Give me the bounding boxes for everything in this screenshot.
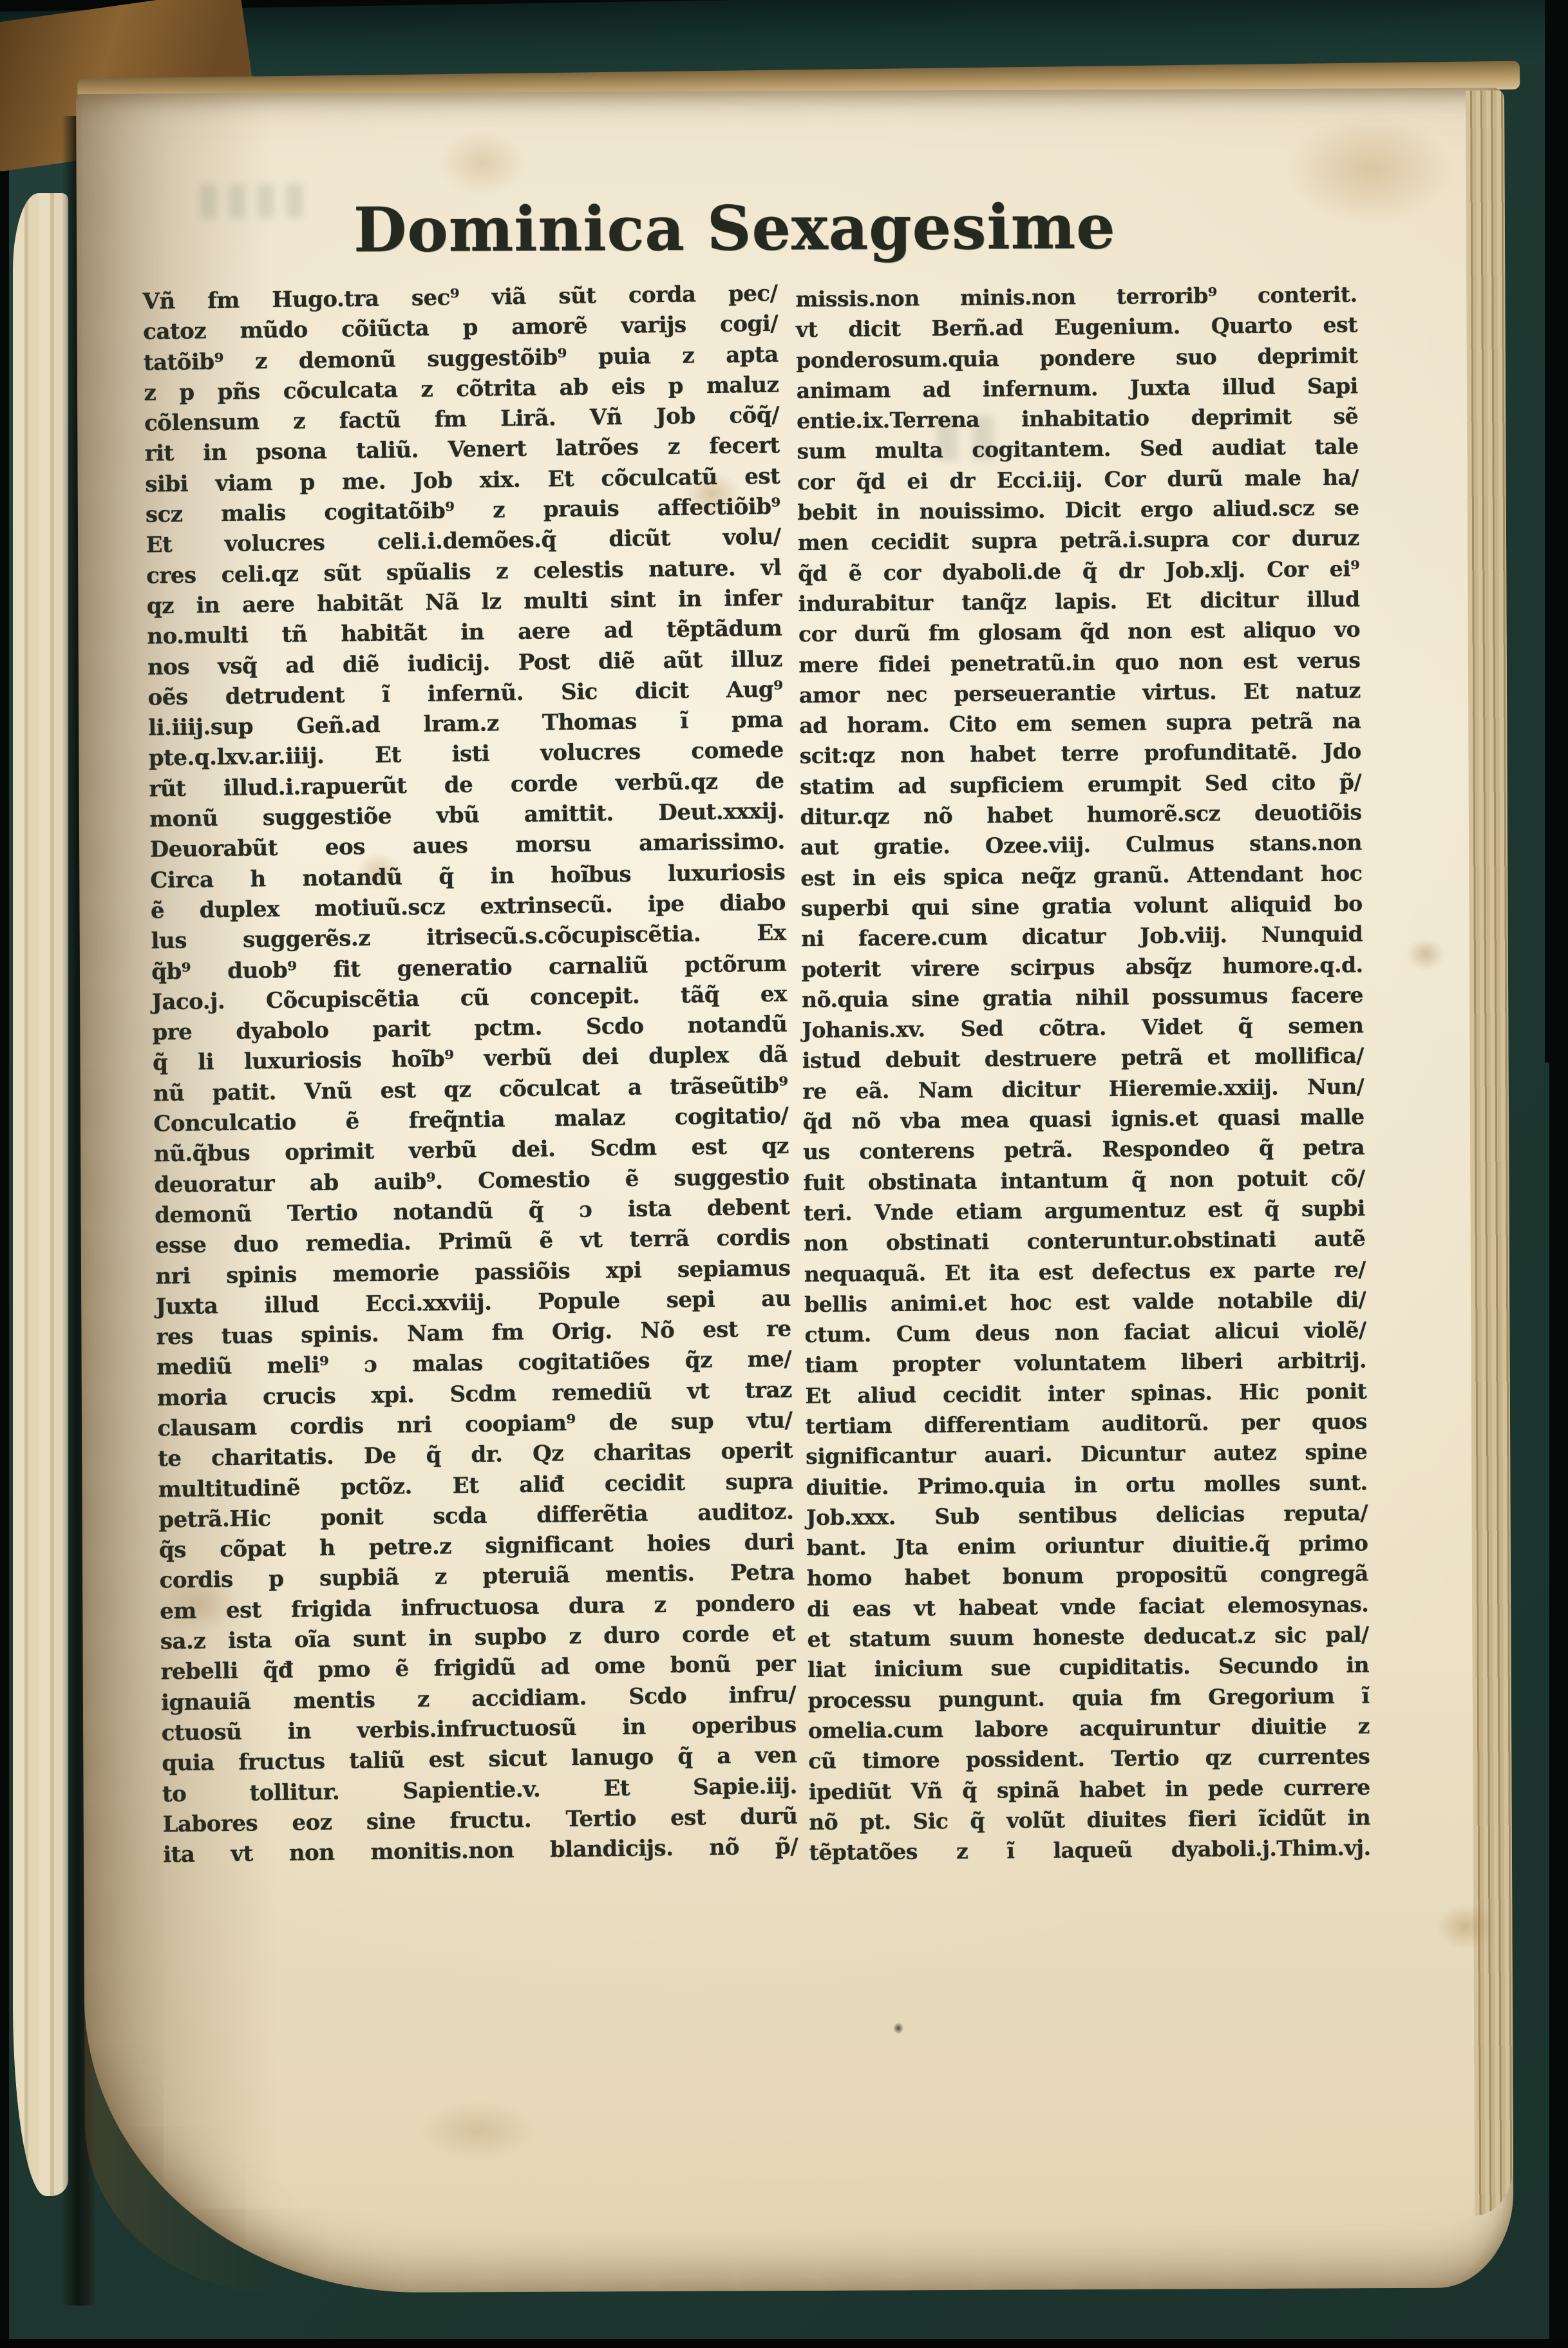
text-line: men cecidit supra petrã.i.supra cor duru… xyxy=(798,523,1359,558)
frame-edge-bottom xyxy=(0,2339,1568,2348)
text-line: q̃d nõ vba mea quasi ignis.et quasi mall… xyxy=(802,1101,1364,1137)
text-line: q̃d ẽ cor dyaboli.de q̃ dr Job.xlj. Cor … xyxy=(798,553,1359,589)
text-line: poterit virere scirpus absq̃z humore.q.d… xyxy=(801,949,1363,985)
scanned-book-photo: ▮▮▮▮ ▮▮ Dominica Sexagesime Vñ fm Hugo.t… xyxy=(0,0,1568,2348)
text-line: significantur auari. Dicuntur autez spin… xyxy=(806,1437,1367,1472)
text-line: aut gratie. Ozee.viij. Culmus stans.non xyxy=(800,828,1362,863)
text-line: tertiam differentiam auditorũ. per quos xyxy=(806,1406,1367,1441)
text-line: nõ pt. Sic q̃ volũt diuites fieri ĩcidũt… xyxy=(809,1802,1370,1837)
text-line: ponderosum.quia pondere suo deprimit xyxy=(796,340,1357,375)
text-line: di eas vt habeat vnde faciat elemosynas. xyxy=(807,1589,1368,1624)
text-line: ipediũt Vñ q̃ spinã habet in pede currer… xyxy=(809,1772,1370,1807)
text-line: sum multa cogitantem. Sed audiat tale xyxy=(797,431,1358,467)
text-line: omelia.cum labore acquiruntur diuitie z xyxy=(808,1710,1370,1746)
text-line: Et aliud cecidit inter spinas. Hic ponit xyxy=(805,1376,1366,1411)
text-line: Johanis.xv. Sed cõtra. Videt q̃ semen xyxy=(802,1010,1363,1046)
stain xyxy=(1406,938,1445,970)
text-line: fuit obstinata intantum q̃ non potuit cõ… xyxy=(803,1162,1365,1198)
text-line: bellis animi.et hoc est valde notabile d… xyxy=(804,1284,1366,1320)
text-column-left: Vñ fm Hugo.tra sec⁹ viã sũt corda pec/ca… xyxy=(142,279,798,1871)
text-line: cor q̃d ei dr Ecci.iij. Cor durũ male ha… xyxy=(797,462,1359,497)
fly-speck xyxy=(893,2022,903,2034)
text-line: cũ timore possident. Tertio qz currentes xyxy=(808,1741,1370,1777)
text-line: scit:qz non habet terre profunditatẽ. Jd… xyxy=(799,736,1361,772)
text-line: statim ad supficiem erumpit Sed cito p̃/ xyxy=(800,766,1361,802)
text-line: indurabitur tanq̃z lapis. Et dicitur ill… xyxy=(798,583,1359,619)
text-line: animam ad infernum. Juxta illud Sapi xyxy=(797,370,1358,406)
text-line: bant. Jta enim oriuntur diuitie.q̃ primo xyxy=(806,1528,1368,1564)
book-page: ▮▮▮▮ ▮▮ Dominica Sexagesime Vñ fm Hugo.t… xyxy=(76,88,1514,2294)
text-line: istud debuit destruere petrã et mollific… xyxy=(802,1041,1364,1076)
text-line: vt dicit Berñ.ad Eugenium. Quarto est xyxy=(796,310,1357,345)
left-page-stack-edge xyxy=(13,193,68,2196)
stain xyxy=(437,131,527,196)
text-line: ctum. Cum deus non faciat alicui violẽ/ xyxy=(804,1315,1366,1350)
text-line: tẽptatões z ĩ laqueũ dyaboli.j.Thim.vj. xyxy=(809,1833,1370,1868)
text-line: nõ.quia sine gratia nihil possumus facer… xyxy=(802,980,1363,1015)
text-line: cor durũ fm glosam q̃d non est aliquo vo xyxy=(798,614,1360,650)
frame-edge-right xyxy=(1545,0,1568,1063)
text-line: mere fidei penetratũ.in quo non est veru… xyxy=(798,645,1360,680)
bleedthrough-ghost: ▮▮▮▮ xyxy=(193,170,307,224)
text-line: superbi qui sine gratia volunt aliquid b… xyxy=(801,888,1363,923)
text-line: entie.ix.Terrena inhabitatio deprimit sẽ xyxy=(797,401,1358,437)
text-line: missis.non minis.non terrorib⁹ conterit. xyxy=(795,279,1357,315)
text-line: re eã. Nam dicitur Hieremie.xxiij. Nun/ xyxy=(802,1071,1364,1106)
text-line: homo habet bonum propositũ congregã xyxy=(807,1558,1368,1594)
text-column-right: missis.non minis.non terrorib⁹ conterit.… xyxy=(795,279,1370,1868)
text-line: teri. Vnde etiam argumentuz est q̃ supbi xyxy=(804,1193,1365,1228)
text-line: ad horam. Cito em semen supra petrã na xyxy=(799,706,1361,741)
page-title: Dominica Sexagesime xyxy=(354,191,1062,266)
text-line: diuitie. Primo.quia in ortu molles sunt. xyxy=(806,1467,1367,1502)
text-line: ditur.qz nõ habet humorẽ.scz deuotiõis xyxy=(800,797,1361,833)
text-line: amor nec perseuerantie virtus. Et natuz xyxy=(799,675,1361,710)
text-line: nequaquã. Et ita est defectus ex parte r… xyxy=(804,1254,1366,1289)
stain xyxy=(420,2101,536,2160)
text-line: non obstinati conteruntur.obstinati autẽ xyxy=(804,1224,1365,1259)
stain xyxy=(1287,114,1455,224)
text-line: processu pungunt. quia fm Gregorium ĩ xyxy=(808,1680,1369,1716)
text-line: liat inicium sue cupiditatis. Secundo in xyxy=(808,1650,1369,1685)
text-line: est in eis spica neq̃z granũ. Attendant … xyxy=(800,858,1362,893)
text-line: ni facere.cum dicatur Job.viij. Nunquid xyxy=(801,919,1363,954)
text-line: Job.xxx. Sub sentibus delicias reputa/ xyxy=(806,1497,1368,1533)
text-line: bebit in nouissimo. Dicit ergo aliud.scz… xyxy=(797,493,1359,528)
text-line: us conterens petrã. Respondeo q̃ petra xyxy=(803,1132,1365,1168)
text-line: et statum suum honeste deducat.z sic pal… xyxy=(807,1620,1368,1655)
text-line: tiam propter voluntatem liberi arbitrij. xyxy=(805,1345,1366,1381)
